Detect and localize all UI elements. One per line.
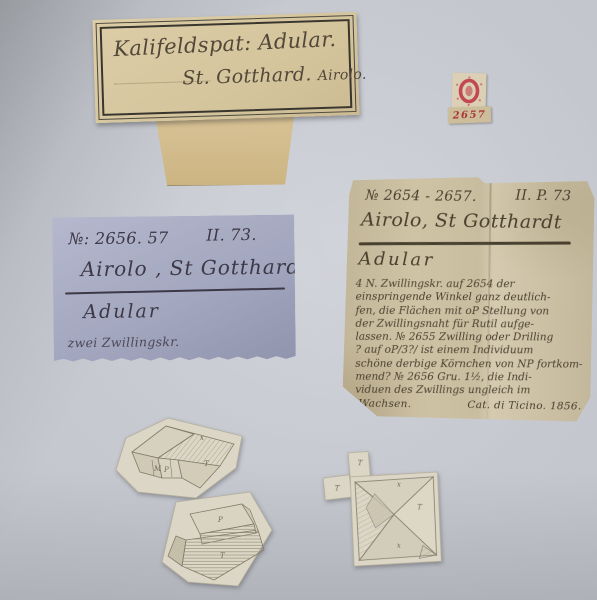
specimen-label-photo: Kalifeldspat: Adular. St. Gotthard.Airol…	[0, 0, 597, 600]
hand-drawn-underline	[65, 287, 285, 294]
face-label: P	[217, 516, 223, 524]
face-label: x	[397, 542, 401, 550]
note-line: der Zwillingsnaht für Rutil aufge-	[355, 318, 586, 332]
mineral-name: Adular	[83, 300, 160, 323]
face-label: x	[397, 481, 401, 489]
crystal-drawing-pyramid: T T x T x	[314, 448, 446, 576]
red-collection-seal	[452, 73, 487, 111]
twin-note: zwei Zwillingskr.	[68, 334, 180, 350]
catalogue-number: № 2654 - 2657.	[365, 188, 476, 206]
crystal-drawing-blocks: P T	[158, 490, 276, 588]
mineral-name: Adular	[358, 248, 435, 270]
closing-word: Wachsen.	[358, 397, 411, 410]
signature-date: Cat. di Ticino. 1856.	[467, 399, 581, 413]
label-flap	[153, 110, 295, 186]
series-mark: II. 73.	[206, 225, 257, 245]
locality-main: St. Gotthard.	[182, 63, 312, 89]
note-line: ? auf oP/3?/ ist einem Individuum	[355, 344, 586, 358]
framed-label: Kalifeldspat: Adular. St. Gotthard.Airol…	[92, 12, 359, 123]
seal-emblem-icon	[452, 73, 487, 111]
note-line: einspringende Winkel ganz deutlich-	[356, 291, 587, 305]
handwritten-note: № 2654 - 2657. II. P. 73 Airolo, St Gott…	[342, 175, 594, 421]
series-mark: II. P. 73	[515, 188, 571, 205]
face-label: x	[200, 434, 204, 442]
label-double-border: Kalifeldspat: Adular. St. Gotthard.Airol…	[96, 15, 357, 120]
note-footer: Wachsen. Cat. di Ticino. 1856.	[358, 397, 581, 412]
seal-number: 2657	[452, 109, 486, 121]
locality-line: Airolo , St Gotthard	[81, 254, 301, 281]
note-line: lassen. № 2655 Zwilling oder Drilling	[355, 331, 586, 345]
note-line: viduen des Zwillings ungleich im	[355, 384, 586, 398]
mineral-name-line: Kalifeldspat: Adular.	[113, 27, 337, 61]
note-line: schöne derbige Körnchen von NP fortkom-	[355, 357, 586, 371]
face-label: M	[153, 465, 162, 473]
crystal-drawing-elongated: x M P T	[108, 414, 248, 502]
locality-suffix: Airolo.	[317, 67, 366, 85]
catalogue-number: №: 2656. 57	[68, 228, 168, 248]
blue-catalogue-label: №: 2656. 57 II. 73. Airolo , St Gotthard…	[52, 215, 296, 363]
note-line: 4 N. Zwillingskr. auf 2654 der	[356, 278, 587, 292]
note-line: mend? № 2656 Gru. 1½, die Indi-	[355, 371, 586, 385]
locality-line: St. Gotthard.Airolo.	[182, 62, 367, 90]
locality-line: Airolo, St Gotthardt	[361, 208, 562, 233]
hand-drawn-underline	[359, 242, 571, 245]
note-line: fen, die Flächen mit oP Stellung von	[356, 304, 587, 318]
note-body: 4 N. Zwillingskr. auf 2654 der einspring…	[355, 278, 586, 398]
face-label: P	[163, 466, 169, 474]
seal-number-strip: 2657	[448, 106, 492, 123]
